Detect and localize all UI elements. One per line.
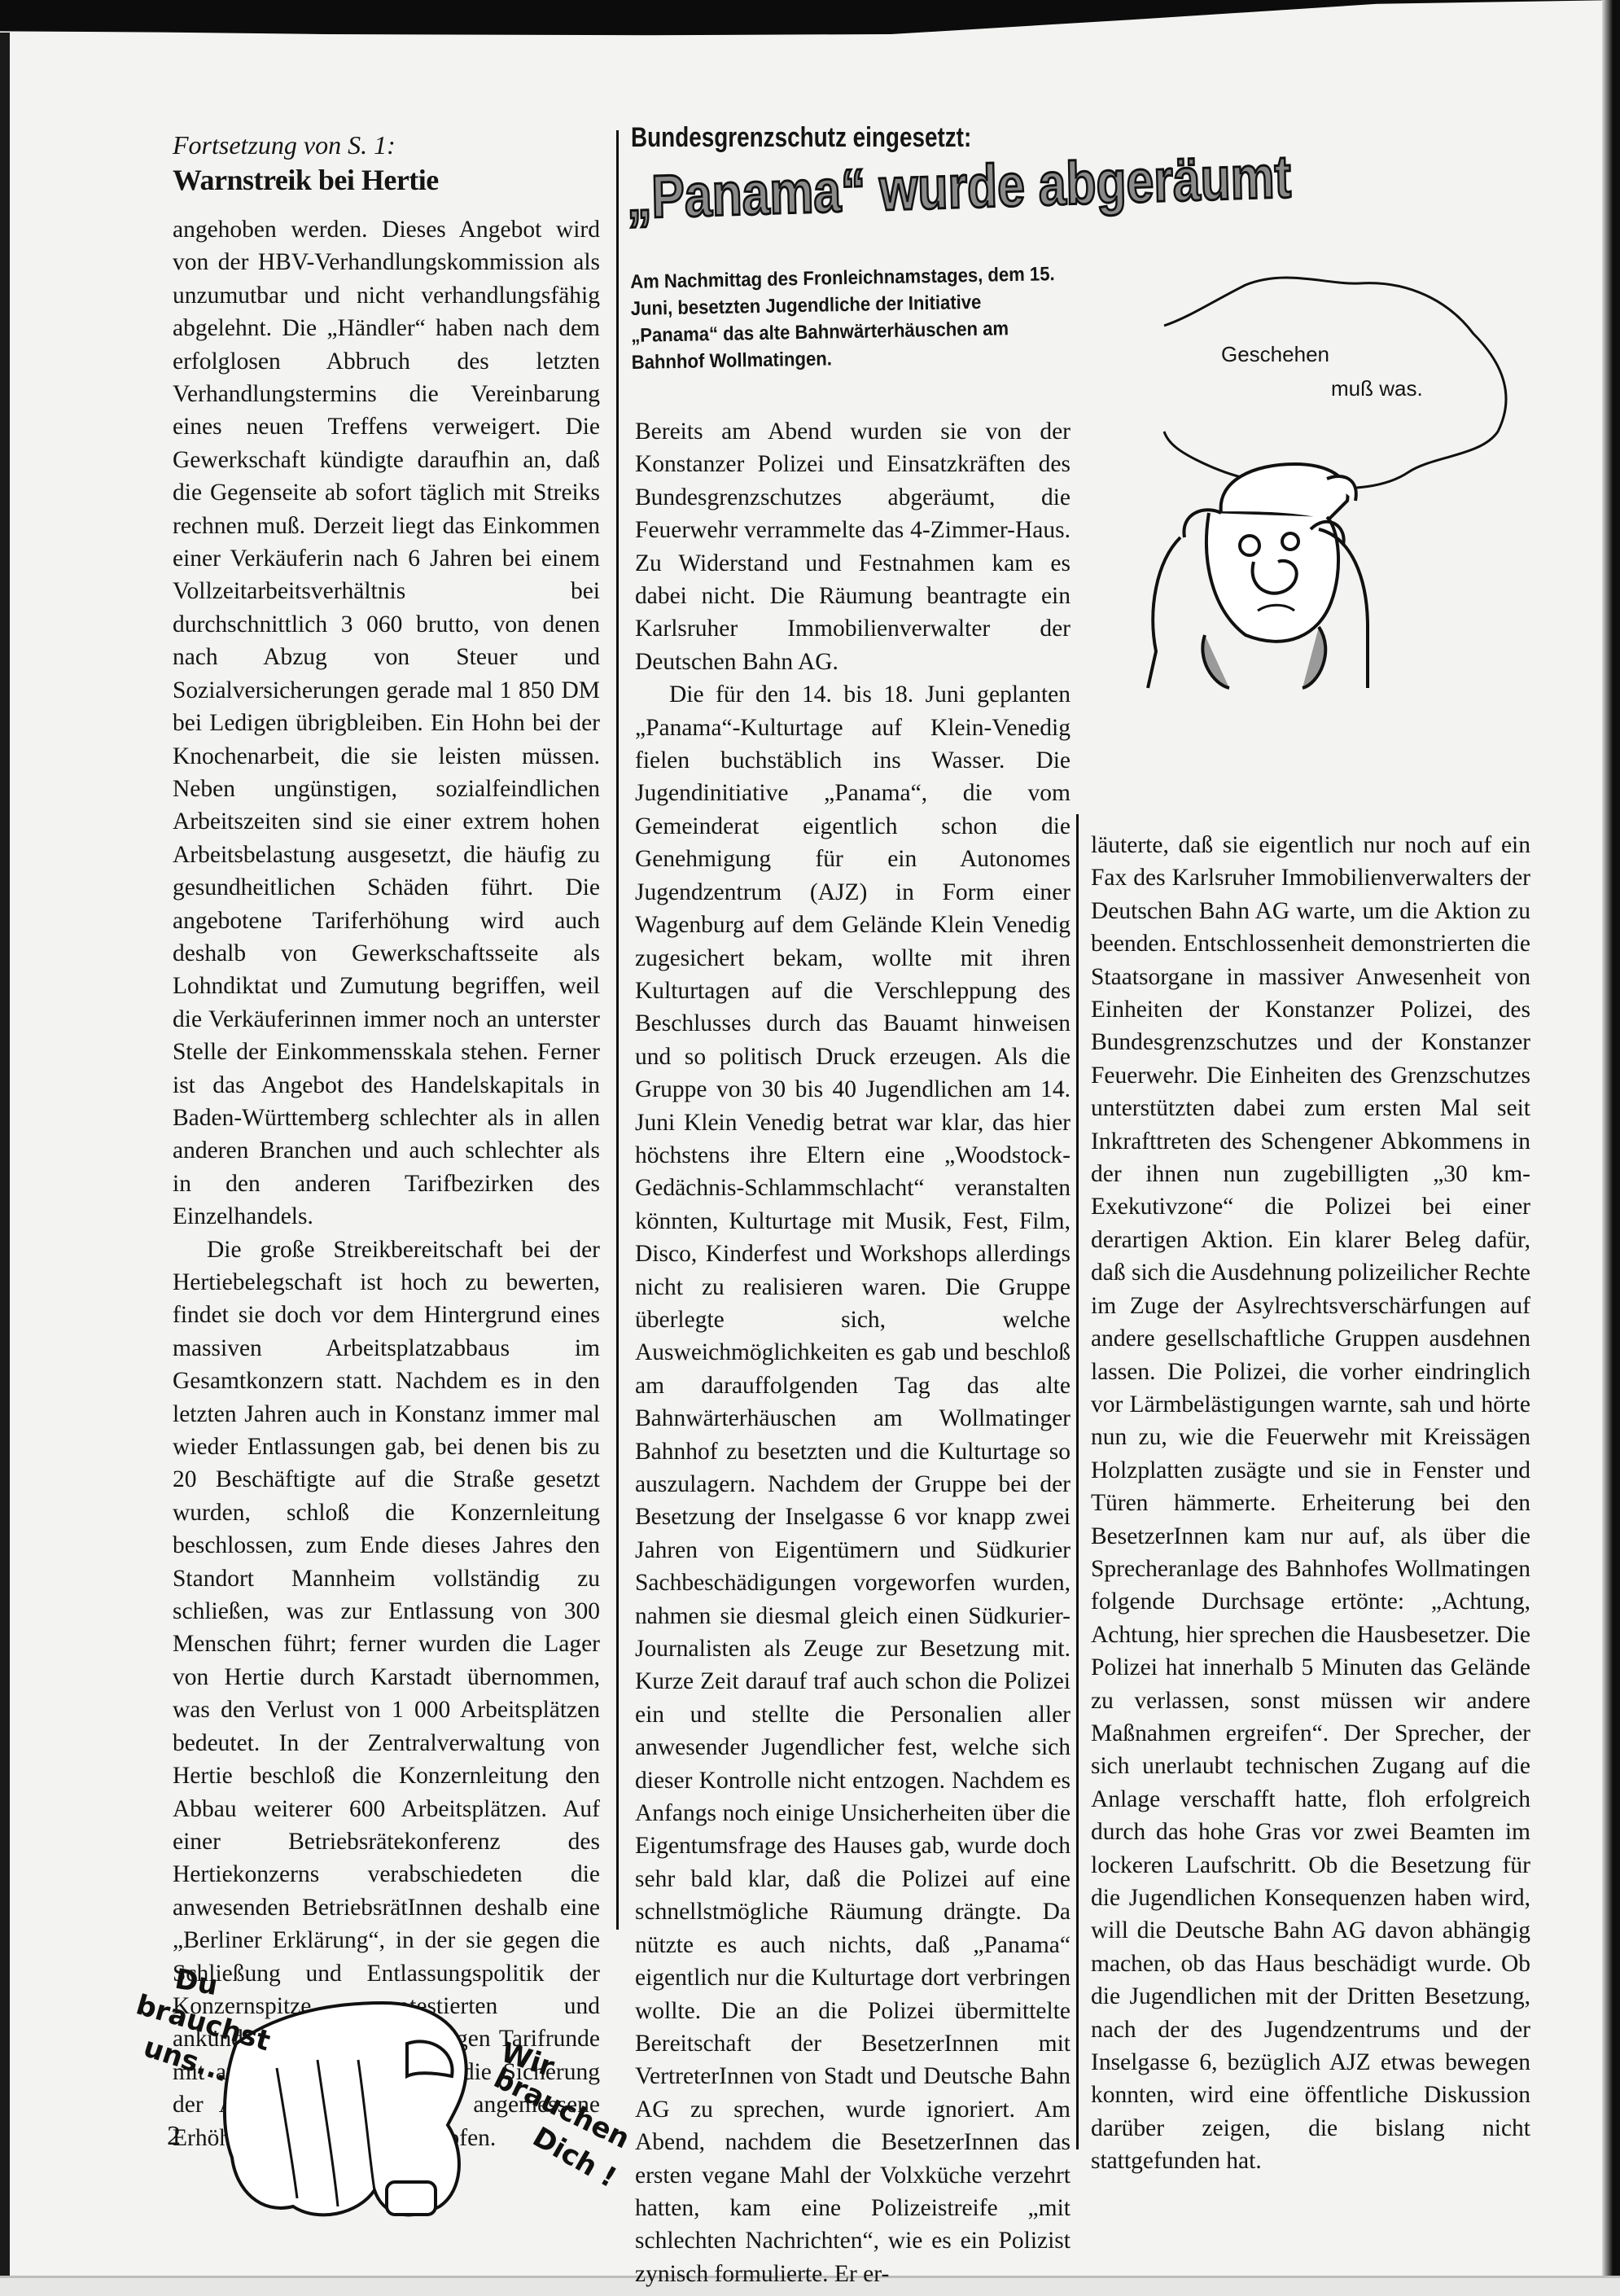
right-article-kicker: Bundesgrenzschutz eingesetzt: [631, 122, 971, 154]
left-article-body: angehoben werden. Dieses Angebot wird vo… [173, 213, 600, 2154]
thinking-man-illustration [1123, 269, 1530, 692]
scan-edge-right [1602, 0, 1620, 2296]
thought-bubble-line-2: muß was. [1331, 376, 1423, 401]
right-article-column-1: Bereits am Abend wurden sie von der Kons… [635, 415, 1071, 2290]
page-number: 2 [167, 2121, 181, 2152]
left-article-kicker: Fortsetzung von S. 1: [173, 130, 396, 160]
right-article-headline: „Panama“ wurde abgeräumt [626, 142, 1292, 232]
thought-bubble-line-1: Geschehen [1221, 342, 1329, 367]
scan-edge-top [0, 0, 1620, 49]
left-article-headline: Warnstreik bei Hertie [173, 163, 439, 197]
paragraph: Bereits am Abend wurden sie von der Kons… [635, 415, 1071, 678]
right-article-lead: Am Nachmittag des Fronleichnamstages, de… [630, 261, 1058, 376]
paragraph: läuterte, daß sie eigentlich nur noch au… [1091, 829, 1530, 2178]
right-article-column-2: läuterte, daß sie eigentlich nur noch au… [1091, 829, 1530, 2178]
paragraph: Die für den 14. bis 18. Juni geplanten „… [635, 678, 1071, 2290]
column-divider [1076, 814, 1079, 2149]
column-divider [616, 130, 619, 1930]
paragraph: angehoben werden. Dieses Angebot wird vo… [173, 213, 600, 1233]
scan-edge-left [0, 33, 10, 2296]
